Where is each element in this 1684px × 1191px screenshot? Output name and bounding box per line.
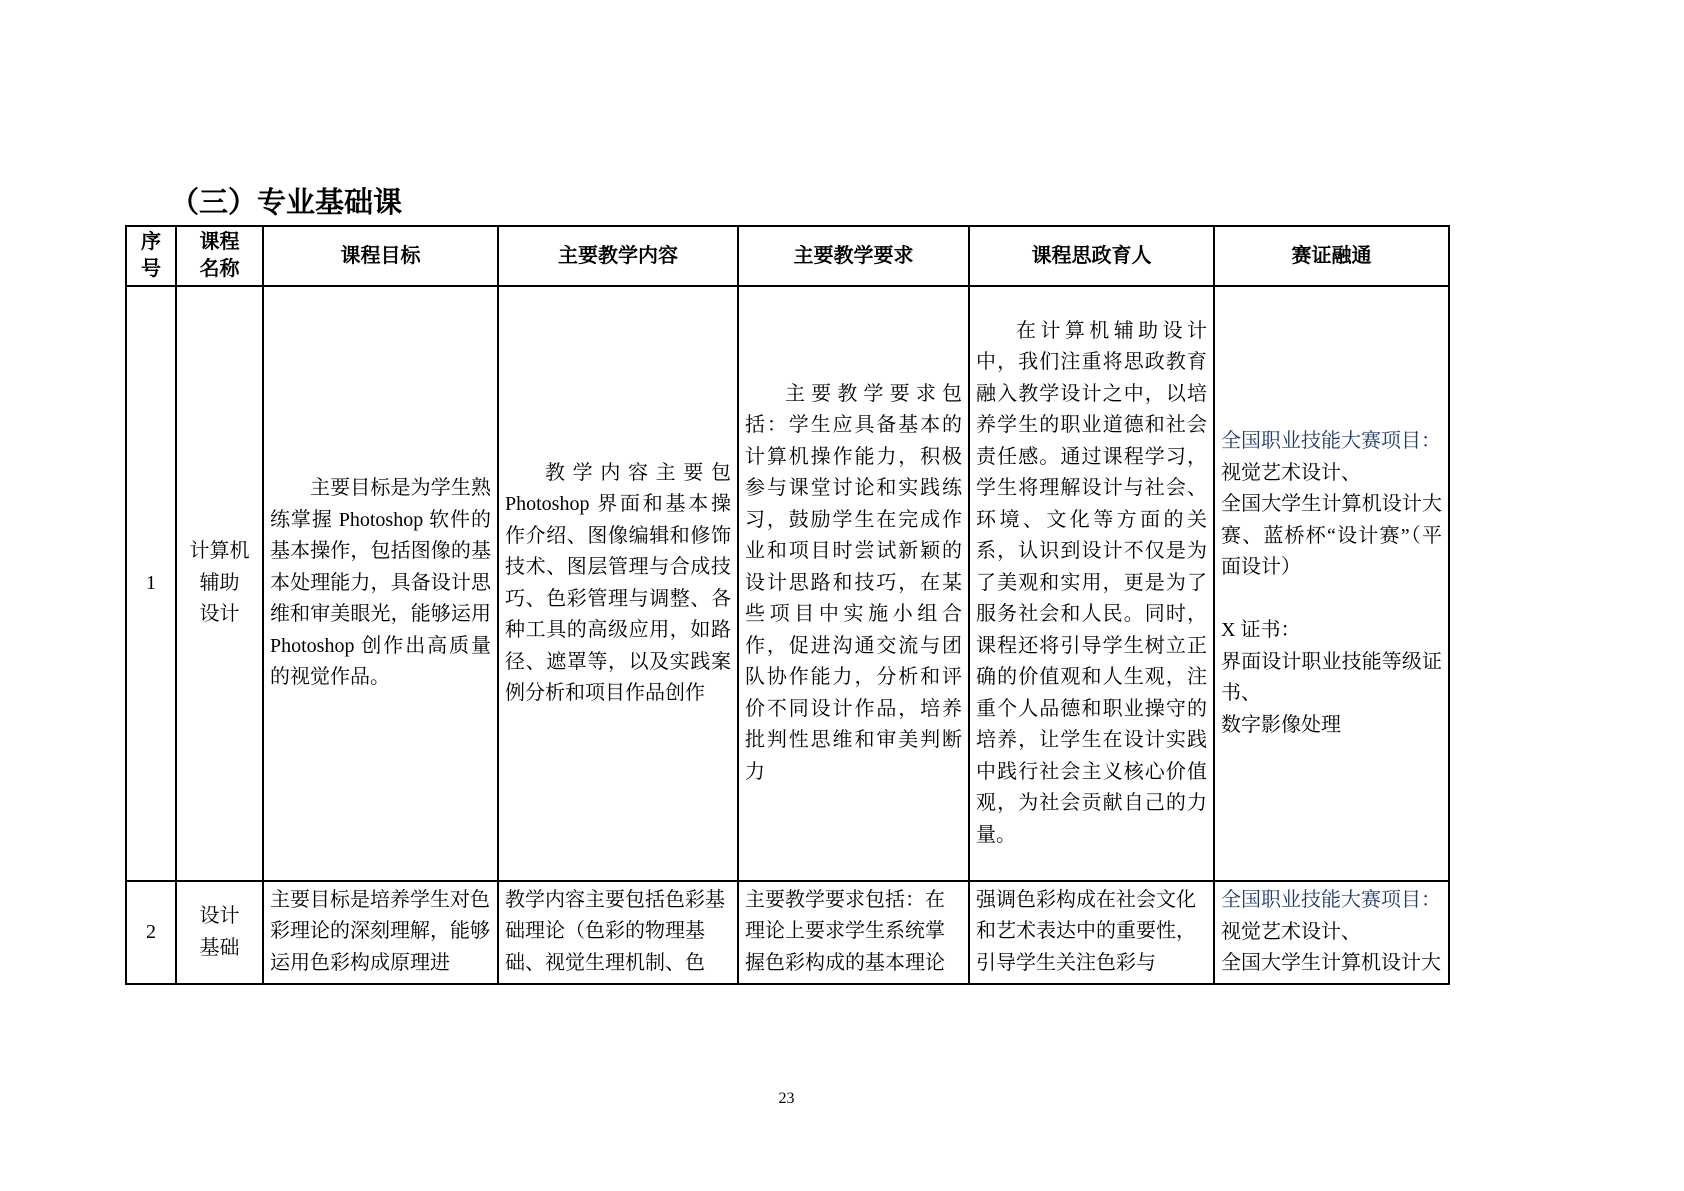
cell-index: 2 (126, 881, 176, 984)
certification-line: 全国大学生计算机设计大赛、蓝桥杯“设计赛”（平面设计） (1221, 489, 1442, 584)
cell-ideology: 强调色彩构成在社会文化和艺术表达中的重要性，引导学生关注色彩与 (969, 881, 1214, 984)
section-title: （三）专业基础课 (170, 180, 402, 221)
cell-content: 教学内容主要包 Photoshop 界面和基本操作介绍、图像编辑和修饰技术、图层… (498, 286, 738, 881)
cell-objective: 主要目标是为学生熟练掌握 Photoshop 软件的基本操作，包括图像的基本处理… (263, 286, 498, 881)
table-row-1: 1 计算机 辅助 设计 主要目标是为学生熟练掌握 Photoshop 软件的基本… (126, 286, 1449, 881)
ideology-text: 强调色彩构成在社会文化和艺术表达中的重要性，引导学生关注色彩与 (976, 885, 1207, 981)
certification-line-spacer (1221, 584, 1442, 616)
content-text: 教学内容主要包括色彩基础理论（色彩的物理基础、视觉生理机制、色 (505, 885, 731, 981)
objective-text: 主要目标是为学生熟练掌握 Photoshop 软件的基本操作，包括图像的基本处理… (270, 473, 491, 694)
cell-certification: 全国职业技能大赛项目： 视觉艺术设计、 全国大学生计算机设计大 (1214, 881, 1449, 984)
certification-line: 数字影像处理 (1221, 710, 1442, 742)
table-header-row: 序 号 课程 名称 课程目标 主要教学内容 主要教学要求 课程思政育人 赛证融通 (126, 226, 1449, 286)
ideology-text: 在计算机辅助设计中，我们注重将思政教育融入教学设计之中，以培养学生的职业道德和社… (976, 316, 1207, 852)
content-text: 教学内容主要包 Photoshop 界面和基本操作介绍、图像编辑和修饰技术、图层… (505, 458, 731, 710)
certification-line: 全国大学生计算机设计大 (1221, 948, 1442, 980)
header-requirement: 主要教学要求 (738, 226, 969, 286)
course-table: 序 号 课程 名称 课程目标 主要教学内容 主要教学要求 课程思政育人 赛证融通… (125, 225, 1450, 985)
cell-course-name: 计算机 辅助 设计 (176, 286, 263, 881)
cell-ideology: 在计算机辅助设计中，我们注重将思政教育融入教学设计之中，以培养学生的职业道德和社… (969, 286, 1214, 881)
table-row-2: 2 设计 基础 主要目标是培养学生对色彩理论的深刻理解，能够运用色彩构成原理进 … (126, 881, 1449, 984)
cell-objective: 主要目标是培养学生对色彩理论的深刻理解，能够运用色彩构成原理进 (263, 881, 498, 984)
header-course-name: 课程 名称 (176, 226, 263, 286)
certification-line: 视觉艺术设计、 (1221, 917, 1442, 949)
certification-line: 全国职业技能大赛项目： (1221, 885, 1442, 917)
objective-text: 主要目标是培养学生对色彩理论的深刻理解，能够运用色彩构成原理进 (270, 885, 491, 981)
document-page: （三）专业基础课 序 号 课程 名称 课程目标 主要教学内容 主要教学要求 课程… (0, 0, 1684, 1191)
header-index: 序 号 (126, 226, 176, 286)
header-content: 主要教学内容 (498, 226, 738, 286)
requirement-text: 主要教学要求包括：在理论上要求学生系统掌握色彩构成的基本理论框 (745, 885, 962, 981)
certification-line: 全国职业技能大赛项目： (1221, 426, 1442, 458)
cell-course-name: 设计 基础 (176, 881, 263, 984)
header-objective: 课程目标 (263, 226, 498, 286)
cell-requirement: 主要教学要求包括：学生应具备基本的计算机操作能力，积极参与课堂讨论和实践练习，鼓… (738, 286, 969, 881)
header-certification: 赛证融通 (1214, 226, 1449, 286)
certification-line: 视觉艺术设计、 (1221, 458, 1442, 490)
certification-line: 界面设计职业技能等级证书、 (1221, 647, 1442, 710)
cell-content: 教学内容主要包括色彩基础理论（色彩的物理基础、视觉生理机制、色 (498, 881, 738, 984)
page-number: 23 (125, 1090, 1448, 1108)
cell-index: 1 (126, 286, 176, 881)
cell-certification: 全国职业技能大赛项目： 视觉艺术设计、 全国大学生计算机设计大赛、蓝桥杯“设计赛… (1214, 286, 1449, 881)
header-ideology: 课程思政育人 (969, 226, 1214, 286)
certification-line: X 证书： (1221, 615, 1442, 647)
cell-requirement: 主要教学要求包括：在理论上要求学生系统掌握色彩构成的基本理论框 (738, 881, 969, 984)
requirement-text: 主要教学要求包括：学生应具备基本的计算机操作能力，积极参与课堂讨论和实践练习，鼓… (745, 379, 962, 789)
